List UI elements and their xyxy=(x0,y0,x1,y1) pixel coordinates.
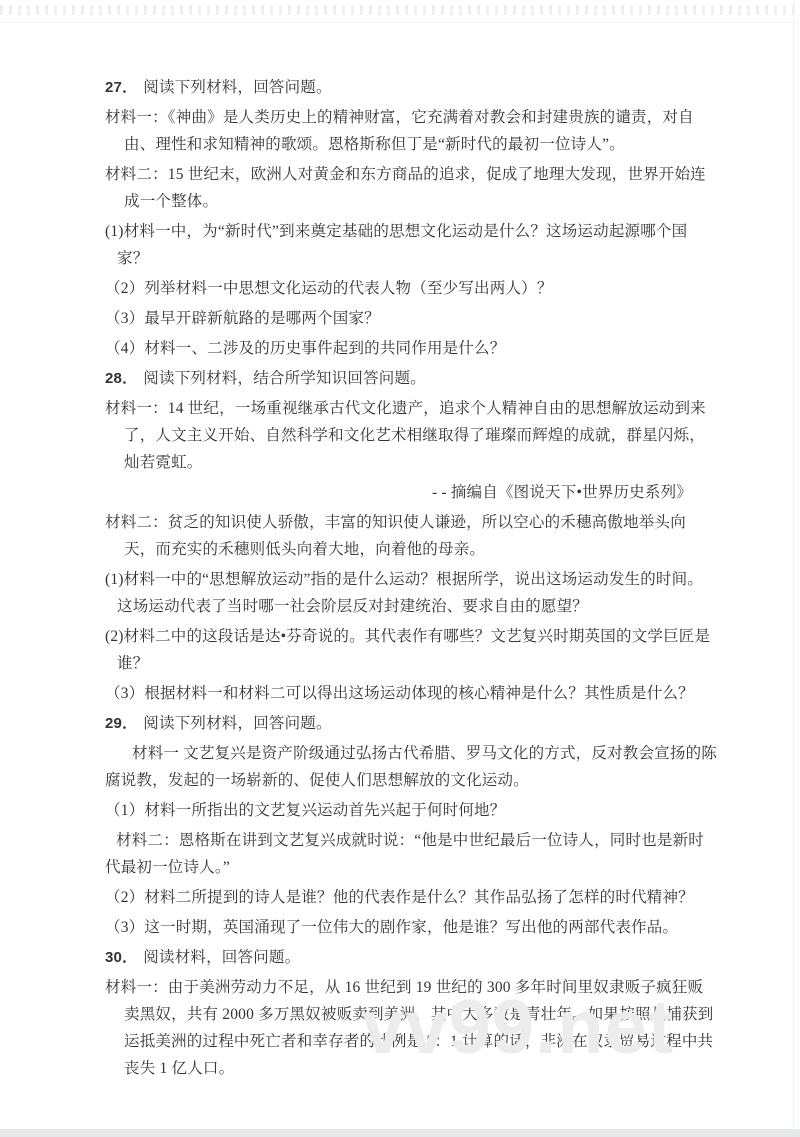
q29-title: 29．阅读下列材料，回答问题。 xyxy=(105,710,717,737)
q28-subquestion-2: (2)材料二中的这段话是达•芬奇说的。其代表作有哪些？文艺复兴时期英国的文学巨匠… xyxy=(105,623,717,677)
q28-subquestion-1: (1)材料一中的“思想解放运动”指的是什么运动？根据所学，说出这场运动发生的时间… xyxy=(105,566,717,620)
scan-artifact-right-edge xyxy=(793,0,794,1137)
exam-page-content: 27．阅读下列材料，回答问题。 材料一：《神曲》是人类历史上的精神财富，它充满着… xyxy=(105,74,717,1085)
q28-prompt: 阅读下列材料，结合所学知识回答问题。 xyxy=(143,370,426,387)
q28-material-1-source: - - 摘编自《图说天下•世界历史系列》 xyxy=(105,479,717,506)
q29-prompt: 阅读下列材料，回答问题。 xyxy=(143,715,331,732)
top-edge-perforation xyxy=(0,5,800,15)
watermark: vv99.net xyxy=(362,984,674,1071)
q28-material-2: 材料二：贫乏的知识使人骄傲，丰富的知识使人谦逊，所以空心的禾穗高傲地举头向天，而… xyxy=(105,509,717,563)
q29-number: 29． xyxy=(105,715,137,732)
q29-subquestion-2: （2）材料二所提到的诗人是谁？他的代表作是什么？其作品弘扬了怎样的时代精神？ xyxy=(105,884,717,911)
q27-subquestion-4: （4）材料一、二涉及的历史事件起到的共同作用是什么？ xyxy=(105,335,717,362)
q30-title: 30．阅读材料，回答问题。 xyxy=(105,944,717,971)
q30-prompt: 阅读材料，回答问题。 xyxy=(143,949,300,966)
q29-material-2: 材料二：恩格斯在讲到文艺复兴成就时说：“他是中世纪最后一位诗人，同时也是新时代最… xyxy=(105,827,717,881)
scan-artifact-line xyxy=(0,22,800,23)
q29-material-1: 材料一 文艺复兴是资产阶级通过弘扬古代希腊、罗马文化的方式，反对教会宣扬的陈腐说… xyxy=(105,740,717,794)
bottom-edge-strip xyxy=(0,1129,800,1137)
q29-subquestion-1: （1）材料一所指出的文艺复兴运动首先兴起于何时何地？ xyxy=(105,797,717,824)
q27-number: 27． xyxy=(105,79,137,96)
q28-material-1: 材料一：14 世纪，一场重视继承古代文化遗产，追求个人精神自由的思想解放运动到来… xyxy=(105,395,717,476)
q27-subquestion-3: （3）最早开辟新航路的是哪两个国家？ xyxy=(105,305,717,332)
q27-title: 27．阅读下列材料，回答问题。 xyxy=(105,74,717,101)
q30-number: 30． xyxy=(105,949,137,966)
q27-material-1: 材料一：《神曲》是人类历史上的精神财富，它充满着对教会和封建贵族的谴责，对自由、… xyxy=(105,104,717,158)
q27-material-2: 材料二：15 世纪末，欧洲人对黄金和东方商品的追求，促成了地理大发现，世界开始连… xyxy=(105,161,717,215)
q27-prompt: 阅读下列材料，回答问题。 xyxy=(143,79,331,96)
q29-subquestion-3: （3）这一时期，英国涌现了一位伟大的剧作家，他是谁？写出他的两部代表作品。 xyxy=(105,914,717,941)
q27-subquestion-1: (1)材料一中，为“新时代”到来奠定基础的思想文化运动是什么？这场运动起源哪个国… xyxy=(105,218,717,272)
q28-title: 28．阅读下列材料，结合所学知识回答问题。 xyxy=(105,365,717,392)
q28-number: 28． xyxy=(105,370,137,387)
q28-subquestion-3: （3）根据材料一和材料二可以得出这场运动体现的核心精神是什么？其性质是什么？ xyxy=(105,680,717,707)
q27-subquestion-2: （2）列举材料一中思想文化运动的代表人物（至少写出两人）？ xyxy=(105,275,717,302)
